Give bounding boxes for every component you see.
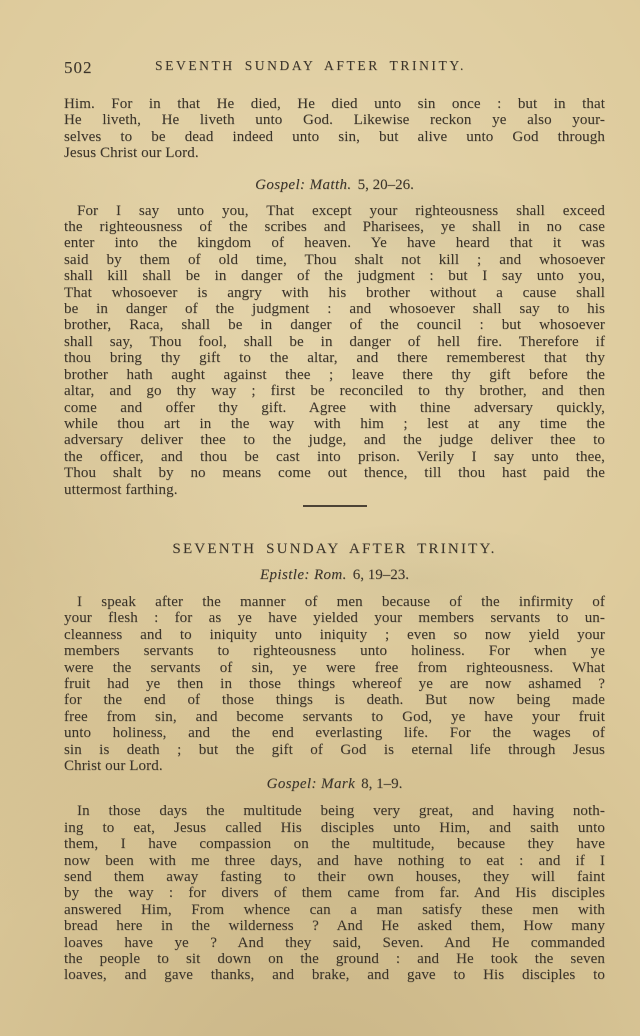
text-line: for the end of those things is death. Bu… — [64, 692, 605, 708]
text-line: brother, Raca, shall be in danger of the… — [64, 317, 605, 333]
text-line: while thou art in the way with him ; les… — [64, 416, 605, 432]
text-line: shall say, Thou fool, shall be in danger… — [64, 334, 605, 350]
text-line: your flesh : for as ye have yielded your… — [64, 610, 605, 626]
text-line: them, I have compassion on the multitude… — [64, 836, 605, 852]
paragraph-gospel-matthew: For I say unto you, That except your rig… — [64, 203, 605, 498]
text-line: For I say unto you, That except your rig… — [64, 203, 605, 219]
page-number: 502 — [64, 58, 93, 78]
text-line: by the way : for divers of them came fro… — [64, 885, 605, 901]
text-line: That whosoever is angry with his brother… — [64, 285, 605, 301]
paragraph-gospel-mark: In those days the multitude being very g… — [64, 803, 605, 983]
text-line: Thou shalt by no means come out thence, … — [64, 465, 605, 481]
running-head: SEVENTH SUNDAY AFTER TRINITY. — [155, 58, 466, 74]
section-divider — [303, 505, 367, 507]
paragraph-epistle-romans: I speak after the manner of men because … — [64, 594, 605, 774]
text-line: shall kill shall be in danger of the jud… — [64, 268, 605, 284]
text-line: come and offer thy gift. Agree with thin… — [64, 400, 605, 416]
text-line: Him. For in that He died, He died unto s… — [64, 96, 605, 112]
gospel-mark-heading: Gospel: Mark8, 1–9. — [64, 775, 605, 794]
text-line: be in danger of the judgment : and whoso… — [64, 301, 605, 317]
gospel-mark-heading-label: Gospel: Mark — [267, 776, 356, 792]
text-line: altar, and go thy way ; first be reconci… — [64, 383, 605, 399]
text-line: Jesus Christ our Lord. — [64, 145, 605, 161]
gospel-matthew-heading: Gospel: Matth.5, 20–26. — [64, 176, 605, 195]
epistle-romans-heading: Epistle: Rom.6, 19–23. — [64, 566, 605, 585]
text-line: Christ our Lord. — [64, 758, 605, 774]
book-page: 502 SEVENTH SUNDAY AFTER TRINITY. Him. F… — [0, 0, 640, 1036]
text-line: loaves have ye ? And they said, Seven. A… — [64, 935, 605, 951]
text-line: said by them of old time, Thou shalt not… — [64, 252, 605, 268]
text-line: fruit had ye then in those things whereo… — [64, 676, 605, 692]
text-line: adversary deliver thee to the judge, and… — [64, 432, 605, 448]
text-line: He liveth, He liveth unto God. Likewise … — [64, 112, 605, 128]
section-title: SEVENTH SUNDAY AFTER TRINITY. — [64, 540, 605, 559]
text-line: loaves, and gave thanks, and brake, and … — [64, 967, 605, 983]
text-line: unto holiness, and the end everlasting l… — [64, 725, 605, 741]
text-line: enter into the kingdom of heaven. Ye hav… — [64, 235, 605, 251]
text-line: the righteousness of the scribes and Pha… — [64, 219, 605, 235]
text-line: In those days the multitude being very g… — [64, 803, 605, 819]
text-line: were the servants of sin, ye were free f… — [64, 660, 605, 676]
text-line: sin is death ; but the gift of God is et… — [64, 742, 605, 758]
gospel-mark-heading-reference: 8, 1–9. — [361, 776, 402, 792]
page-header: 502 SEVENTH SUNDAY AFTER TRINITY. — [64, 0, 605, 78]
text-line: ing to eat, Jesus called His disciples u… — [64, 820, 605, 836]
gospel-matthew-heading-reference: 5, 20–26. — [358, 177, 414, 193]
text-line: members servants to righteousness unto h… — [64, 643, 605, 659]
gospel-matthew-heading-label: Gospel: Matth. — [255, 177, 351, 193]
text-line: now been with me three days, and have no… — [64, 853, 605, 869]
epistle-romans-heading-reference: 6, 19–23. — [353, 567, 409, 583]
text-line: bread here in the wilderness ? And He as… — [64, 918, 605, 934]
text-line: free from sin, and become servants to Go… — [64, 709, 605, 725]
text-line: cleanness and to iniquity unto iniquity … — [64, 627, 605, 643]
text-line: selves to be dead indeed unto sin, but a… — [64, 129, 605, 145]
text-line: send them away fasting to their own hous… — [64, 869, 605, 885]
paragraph-continuation: Him. For in that He died, He died unto s… — [64, 96, 605, 162]
text-line: answered Him, From whence can a man sati… — [64, 902, 605, 918]
text-line: the officer, and thou be cast into priso… — [64, 449, 605, 465]
text-line: uttermost farthing. — [64, 482, 605, 498]
text-line: I speak after the manner of men because … — [64, 594, 605, 610]
epistle-romans-heading-label: Epistle: Rom. — [260, 567, 347, 583]
text-line: thou bring thy gift to the altar, and th… — [64, 350, 605, 366]
text-line: the people to sit down on the ground : a… — [64, 951, 605, 967]
text-column: 502 SEVENTH SUNDAY AFTER TRINITY. Him. F… — [64, 0, 605, 984]
text-line: brother hath aught against thee ; leave … — [64, 367, 605, 383]
